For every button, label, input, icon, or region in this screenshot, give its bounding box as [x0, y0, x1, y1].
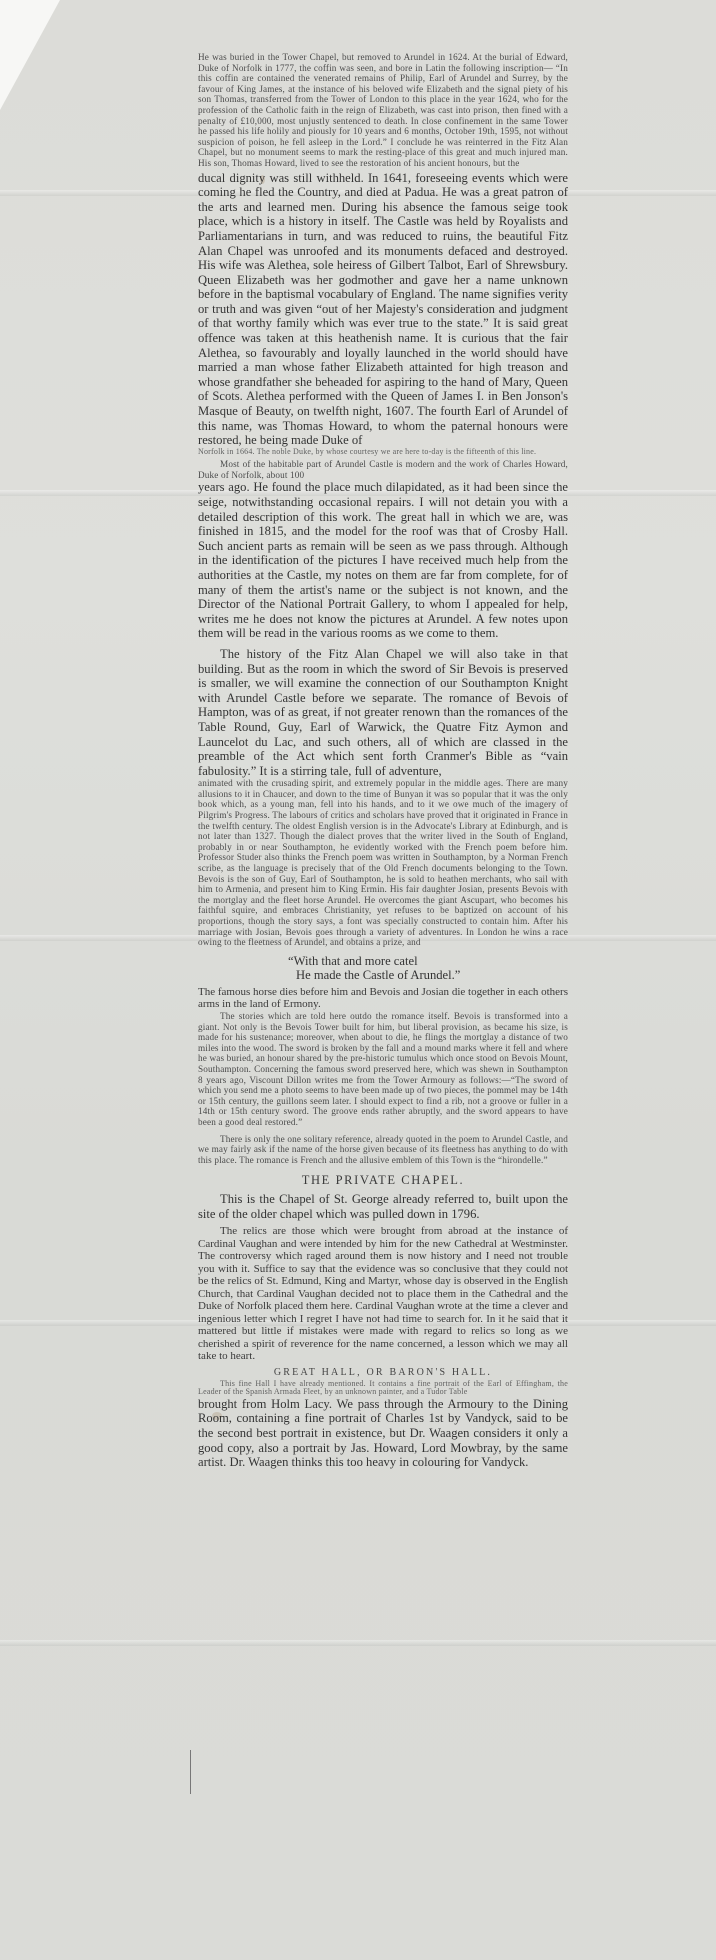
paragraph-dining-room: brought from Holm Lacy. We pass through … — [198, 1397, 568, 1470]
paragraph-thomas-howard: ducal dignity was still withheld. In 164… — [198, 171, 568, 448]
paragraph-solitary-reference: There is only the one solitary reference… — [198, 1134, 568, 1166]
paragraph-bevois-romance: animated with the crusading spirit, and … — [198, 778, 568, 948]
verse-line: He made the Castle of Arundel.” — [288, 968, 568, 983]
verse-line: “With that and more catel — [288, 954, 568, 969]
paragraph-fitz-alan: The history of the Fitz Alan Chapel we w… — [198, 647, 568, 778]
article-text: He was buried in the Tower Chapel, but r… — [198, 52, 568, 1470]
paragraph-chapel-st-george: This is the Chapel of St. George already… — [198, 1192, 568, 1221]
paragraph-stories: The stories which are told here outdo th… — [198, 1011, 568, 1128]
pencil-mark — [190, 1750, 194, 1794]
section-heading-great-hall: GREAT HALL, OR BARON'S HALL. — [198, 1367, 568, 1378]
paragraph-habitable-part: Most of the habitable part of Arundel Ca… — [198, 459, 568, 480]
paragraph-burial: He was buried in the Tower Chapel, but r… — [198, 52, 568, 169]
verse-quote: “With that and more catel He made the Ca… — [198, 954, 568, 983]
paragraph-relics: The relics are those which were brought … — [198, 1225, 568, 1363]
fold-crease — [0, 1640, 716, 1646]
folded-corner — [0, 0, 60, 110]
paragraph-fine-hall: This fine Hall I have already mentioned.… — [198, 1380, 568, 1397]
paragraph-noble-duke: Norfolk in 1664. The noble Duke, by whos… — [198, 448, 568, 456]
section-heading-private-chapel: THE PRIVATE CHAPEL. — [198, 1173, 568, 1188]
paragraph-horse-dies: The famous horse dies before him and Bev… — [198, 986, 568, 1011]
paragraph-great-hall-note: years ago. He found the place much dilap… — [198, 480, 568, 641]
